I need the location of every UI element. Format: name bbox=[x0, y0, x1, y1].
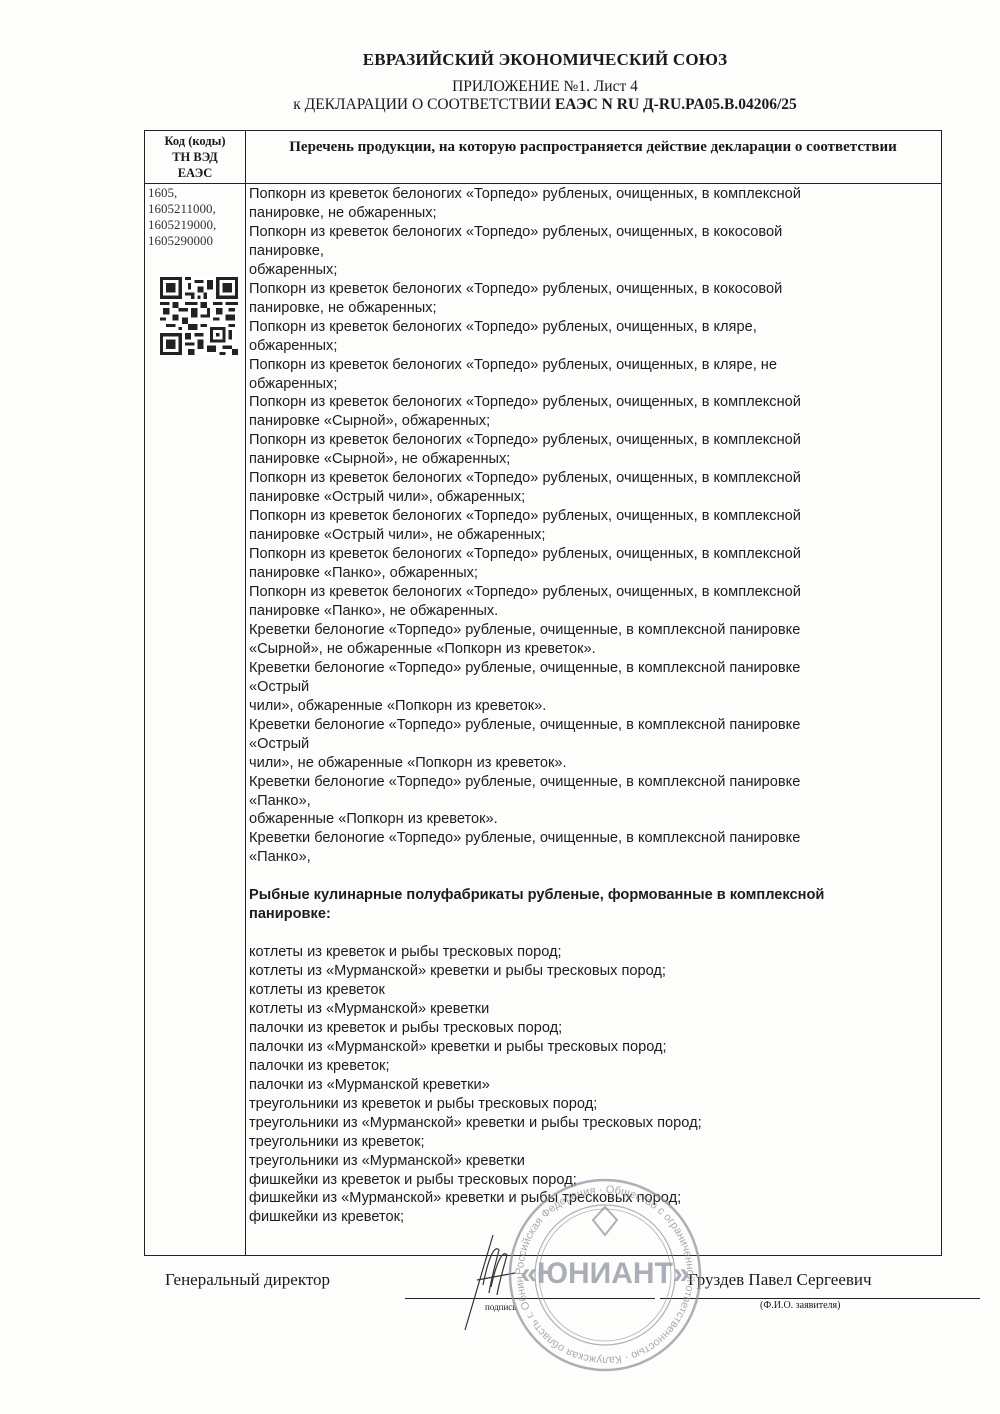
product-list-line: треугольники из креветок; bbox=[249, 1133, 939, 1152]
section-heading-line: Рыбные кулинарные полуфабрикаты рубленые… bbox=[249, 886, 939, 905]
qr-code-icon bbox=[160, 277, 238, 355]
product-list-line: панировке «Сырной», обжаренных; bbox=[249, 412, 939, 431]
product-list-line: Попкорн из креветок белоногих «Торпедо» … bbox=[249, 318, 939, 337]
product-list-line: панировке «Панко», обжаренных; bbox=[249, 564, 939, 583]
union-title: ЕВРАЗИЙСКИЙ ЭКОНОМИЧЕСКИЙ СОЮЗ bbox=[45, 50, 1000, 70]
signer-name: Груздев Павел Сергеевич bbox=[688, 1270, 872, 1290]
product-list-line: треугольники из «Мурманской» креветки bbox=[249, 1152, 939, 1171]
product-list-line: обжаренных; bbox=[249, 261, 939, 280]
tn-ved-codes: 1605, 1605211000, 1605219000, 1605290000 bbox=[148, 185, 243, 249]
product-list-line: Попкорн из креветок белоногих «Торпедо» … bbox=[249, 507, 939, 526]
product-list-line: панировке, не обжаренных; bbox=[249, 299, 939, 318]
product-list-line: Попкорн из креветок белоногих «Торпедо» … bbox=[249, 431, 939, 450]
product-list-line: Креветки белоногие «Торпедо» рубленые, о… bbox=[249, 621, 939, 640]
product-list-line: треугольники из «Мурманской» креветки и … bbox=[249, 1114, 939, 1133]
product-list-line: панировке, не обжаренных; bbox=[249, 204, 939, 223]
product-list-line: котлеты из «Мурманской» креветки bbox=[249, 1000, 939, 1019]
product-list-line: панировке «Панко», не обжаренных. bbox=[249, 602, 939, 621]
product-list-line: котлеты из креветок и рыбы тресковых пор… bbox=[249, 943, 939, 962]
product-list-line: «Острый bbox=[249, 678, 939, 697]
tn-ved-code: 1605211000, bbox=[148, 201, 243, 217]
tn-ved-code: 1605290000 bbox=[148, 233, 243, 249]
product-list-line: Попкорн из креветок белоногих «Торпедо» … bbox=[249, 583, 939, 602]
product-list-line: панировке «Острый чили», не обжаренных; bbox=[249, 526, 939, 545]
code-header-line: ЕАЭС bbox=[145, 165, 245, 181]
header-divider bbox=[145, 183, 941, 184]
product-list-line: котлеты из креветок bbox=[249, 981, 939, 1000]
tn-ved-code: 1605219000, bbox=[148, 217, 243, 233]
name-caption: (Ф.И.О. заявителя) bbox=[760, 1300, 840, 1311]
declaration-prefix: к ДЕКЛАРАЦИИ О СООТВЕТСТВИИ bbox=[293, 96, 555, 113]
product-list-line: Креветки белоногие «Торпедо» рубленые, о… bbox=[249, 829, 939, 848]
product-list-line: Креветки белоногие «Торпедо» рубленые, о… bbox=[249, 659, 939, 678]
product-list-line: чили», не обжаренные «Попкорн из кревето… bbox=[249, 754, 939, 773]
product-list-line: «Сырной», не обжаренные «Попкорн из крев… bbox=[249, 640, 939, 659]
product-list-line: Попкорн из креветок белоногих «Торпедо» … bbox=[249, 280, 939, 299]
column-divider bbox=[245, 131, 246, 1255]
product-list-line: «Острый bbox=[249, 735, 939, 754]
product-list-line: чили», обжаренные «Попкорн из креветок». bbox=[249, 697, 939, 716]
appendix-title: ПРИЛОЖЕНИЕ №1. Лист 4 bbox=[45, 78, 1000, 96]
name-line bbox=[660, 1298, 980, 1299]
product-list-line: обжаренные «Попкорн из креветок». bbox=[249, 810, 939, 829]
product-list-line: обжаренных; bbox=[249, 375, 939, 394]
product-list-line: палочки из «Мурманской креветки» bbox=[249, 1076, 939, 1095]
product-list-line: котлеты из «Мурманской» креветки и рыбы … bbox=[249, 962, 939, 981]
tn-ved-code: 1605, bbox=[148, 185, 243, 201]
product-list-line bbox=[249, 924, 939, 943]
section-heading-line: панировке: bbox=[249, 905, 939, 924]
product-list-line: панировке «Сырной», не обжаренных; bbox=[249, 450, 939, 469]
product-list-line: Попкорн из креветок белоногих «Торпедо» … bbox=[249, 393, 939, 412]
product-list-line: обжаренных; bbox=[249, 337, 939, 356]
product-list-line: «Панко», bbox=[249, 792, 939, 811]
product-list: Попкорн из креветок белоногих «Торпедо» … bbox=[249, 185, 939, 1227]
list-column-header: Перечень продукции, на которую распростр… bbox=[253, 137, 933, 157]
product-list-line: треугольники из креветок и рыбы тресковы… bbox=[249, 1095, 939, 1114]
product-list-line: Попкорн из креветок белоногих «Торпедо» … bbox=[249, 185, 939, 204]
code-header-line: Код (коды) bbox=[145, 133, 245, 149]
signer-role: Генеральный директор bbox=[165, 1270, 330, 1290]
product-list-line: «Панко», bbox=[249, 848, 939, 867]
product-list-line: Попкорн из креветок белоногих «Торпедо» … bbox=[249, 469, 939, 488]
company-stamp-icon: Российская Федерация · Общество с ограни… bbox=[505, 1175, 705, 1375]
product-list-line: Попкорн из креветок белоногих «Торпедо» … bbox=[249, 356, 939, 375]
product-list-line: панировке «Острый чили», обжаренных; bbox=[249, 488, 939, 507]
product-list-line: Попкорн из креветок белоногих «Торпедо» … bbox=[249, 545, 939, 564]
product-list-line bbox=[249, 867, 939, 886]
declaration-reference: к ДЕКЛАРАЦИИ О СООТВЕТСТВИИ ЕАЭС N RU Д-… bbox=[45, 96, 1000, 114]
product-list-line: панировке, bbox=[249, 242, 939, 261]
code-header-line: ТН ВЭД bbox=[145, 149, 245, 165]
product-list-line: Креветки белоногие «Торпедо» рубленые, о… bbox=[249, 716, 939, 735]
product-list-line: Креветки белоногие «Торпедо» рубленые, о… bbox=[249, 773, 939, 792]
product-table: Код (коды) ТН ВЭД ЕАЭС Перечень продукци… bbox=[144, 130, 942, 1256]
product-list-line: Попкорн из креветок белоногих «Торпедо» … bbox=[249, 223, 939, 242]
product-list-line: палочки из «Мурманской» креветки и рыбы … bbox=[249, 1038, 939, 1057]
declaration-number: ЕАЭС N RU Д-RU.PA05.B.04206/25 bbox=[555, 96, 797, 113]
code-column-header: Код (коды) ТН ВЭД ЕАЭС bbox=[145, 133, 245, 181]
product-list-line: палочки из креветок и рыбы тресковых пор… bbox=[249, 1019, 939, 1038]
svg-text:«ЮНИАНТ»: «ЮНИАНТ» bbox=[520, 1257, 689, 1290]
product-list-line: палочки из креветок; bbox=[249, 1057, 939, 1076]
